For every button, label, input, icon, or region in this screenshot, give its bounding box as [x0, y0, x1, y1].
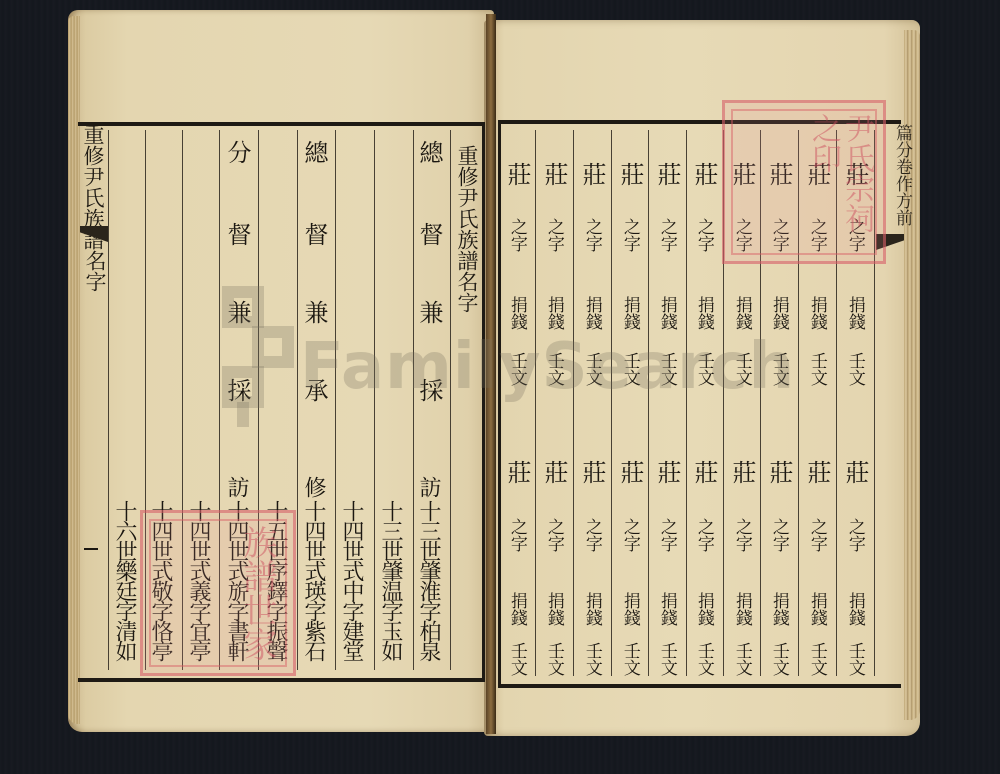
name-suffix: 之字	[582, 218, 600, 252]
name-entry: 十三世肇淮字柏泉	[417, 500, 439, 660]
name-suffix: 之字	[620, 518, 638, 552]
role-char: 兼	[302, 300, 326, 324]
donor-name: 莊	[805, 460, 829, 484]
inner-title: 重修尹氏族譜名字	[456, 145, 477, 313]
name-suffix: 之字	[694, 518, 712, 552]
donor-name: 莊	[655, 162, 679, 186]
name-suffix: 之字	[657, 518, 675, 552]
donor-name: 莊	[505, 162, 529, 186]
donation-label: 捐錢	[620, 296, 638, 330]
donation-label: 捐錢	[732, 592, 750, 626]
donation-label: 捐錢	[657, 296, 675, 330]
right-margin-title: 篇分卷作方前	[893, 124, 910, 226]
donor-name: 莊	[655, 460, 679, 484]
name-suffix: 之字	[657, 218, 675, 252]
donation-label: 捐錢	[769, 592, 787, 626]
name-entry: 十三世肇温字玉如	[379, 500, 401, 660]
donor-name: 莊	[580, 460, 604, 484]
donation-label: 捐錢	[544, 592, 562, 626]
left-margin-section: 名字	[84, 250, 105, 292]
familysearch-logo-icon	[218, 282, 298, 432]
role-char: 督	[302, 222, 326, 246]
role-char: 督	[225, 222, 249, 246]
donation-label: 捐錢	[845, 296, 863, 330]
donation-amount: 壬文	[769, 642, 787, 676]
role-suffix: 修	[302, 476, 324, 498]
name-suffix: 之字	[544, 518, 562, 552]
donation-label: 捐錢	[732, 296, 750, 330]
donation-label: 捐錢	[807, 592, 825, 626]
donor-name: 莊	[618, 460, 642, 484]
donation-amount: 壬文	[694, 642, 712, 676]
name-suffix: 之字	[544, 218, 562, 252]
name-suffix: 之字	[845, 518, 863, 552]
name-suffix: 之字	[732, 518, 750, 552]
donation-label: 捐錢	[620, 592, 638, 626]
donor-name: 莊	[505, 460, 529, 484]
name-entry: 十六世樂廷字清如	[113, 500, 135, 660]
donation-amount: 壬文	[544, 642, 562, 676]
donation-label: 捐錢	[582, 592, 600, 626]
donation-label: 捐錢	[845, 592, 863, 626]
role-title: 總	[302, 140, 326, 164]
donation-label: 捐錢	[694, 592, 712, 626]
donation-amount: 壬文	[620, 642, 638, 676]
name-entry: 十四世式中字建堂	[340, 500, 362, 660]
role-char: 兼	[417, 300, 441, 324]
role-char: 督	[417, 222, 441, 246]
donation-label: 捐錢	[807, 296, 825, 330]
donor-name: 莊	[542, 460, 566, 484]
role-title: 總	[417, 140, 441, 164]
name-suffix: 之字	[620, 218, 638, 252]
name-suffix: 之字	[582, 518, 600, 552]
familysearch-watermark: FamilySearch	[300, 330, 795, 404]
name-suffix: 之字	[694, 218, 712, 252]
donation-amount: 壬文	[657, 642, 675, 676]
name-suffix: 之字	[507, 218, 525, 252]
column-rule	[108, 130, 109, 670]
donation-label: 捐錢	[769, 296, 787, 330]
donor-name: 莊	[767, 460, 791, 484]
role-suffix: 訪	[225, 476, 247, 498]
donation-label: 捐錢	[544, 296, 562, 330]
donor-name: 莊	[692, 460, 716, 484]
donor-name: 莊	[542, 162, 566, 186]
role-title: 分	[225, 140, 249, 164]
name-suffix: 之字	[769, 518, 787, 552]
donor-name: 莊	[580, 162, 604, 186]
role-suffix: 訪	[417, 476, 439, 498]
name-suffix: 之字	[507, 518, 525, 552]
name-entry: 十四世式瑛字紫石	[302, 500, 324, 660]
donor-name: 莊	[730, 460, 754, 484]
donation-amount: 壬文	[807, 352, 825, 386]
donor-name: 莊	[692, 162, 716, 186]
red-seal-right: 尹氏宗祠之印	[722, 100, 886, 264]
donation-label: 捐錢	[507, 296, 525, 330]
donation-label: 捐錢	[507, 592, 525, 626]
donation-amount: 壬文	[507, 642, 525, 676]
donation-amount: 壬文	[807, 642, 825, 676]
donor-name: 莊	[618, 162, 642, 186]
donor-name: 莊	[843, 460, 867, 484]
name-suffix: 之字	[807, 518, 825, 552]
donation-label: 捐錢	[582, 296, 600, 330]
donation-amount: 壬文	[732, 642, 750, 676]
donation-amount: 壬文	[845, 352, 863, 386]
donation-amount: 壬文	[582, 642, 600, 676]
donation-label: 捐錢	[657, 592, 675, 626]
red-seal-left: 族譜世家	[140, 510, 296, 676]
page-number-mark	[84, 548, 98, 550]
donation-label: 捐錢	[694, 296, 712, 330]
donation-amount: 壬文	[845, 642, 863, 676]
